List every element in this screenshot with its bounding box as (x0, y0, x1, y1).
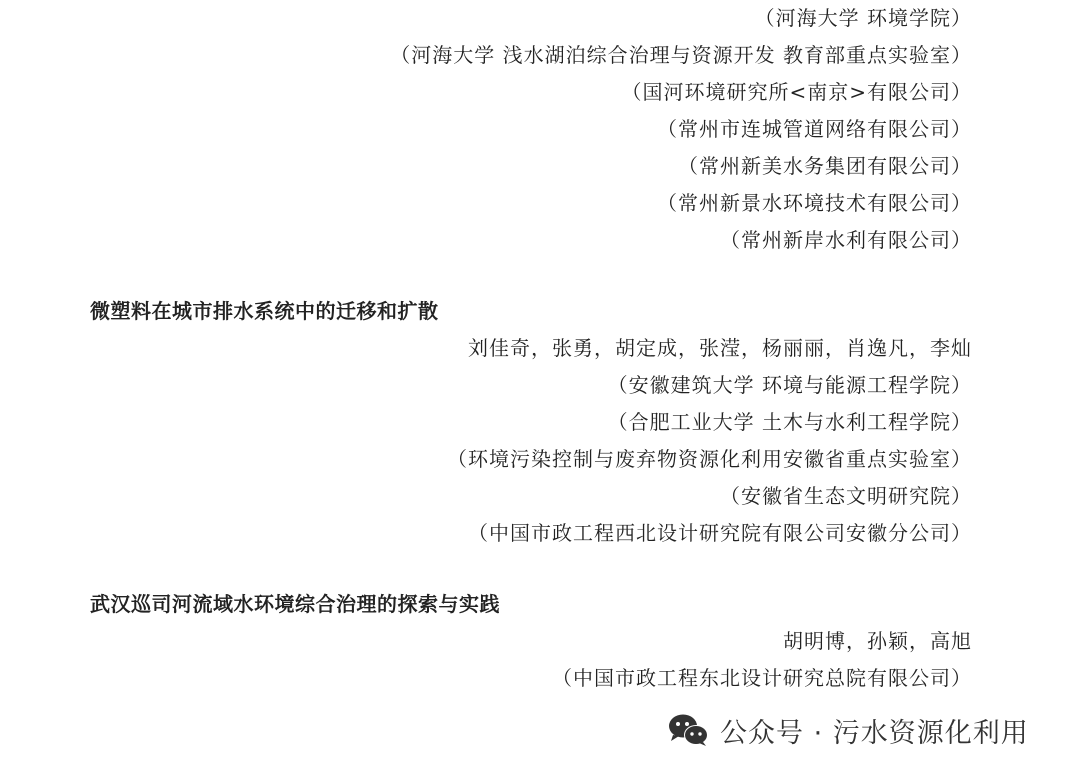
affiliation: （河海大学 环境学院） (755, 6, 972, 30)
paper-title: 微塑料在城市排水系统中的迁移和扩散 (90, 299, 439, 323)
affiliation: （安徽省生态文明研究院） (720, 484, 972, 508)
affiliation: （常州新美水务集团有限公司） (678, 154, 972, 178)
affiliation: （常州新岸水利有限公司） (720, 228, 972, 252)
affiliation: （中国市政工程西北设计研究院有限公司安徽分公司） (468, 521, 972, 545)
affiliation: （中国市政工程东北设计研究总院有限公司） (552, 666, 972, 690)
paper-title: 武汉巡司河流域水环境综合治理的探索与实践 (90, 592, 500, 616)
authors: 胡明博，孙颖，高旭 (783, 629, 972, 653)
watermark-text: 公众号 · 污水资源化利用 (720, 711, 1029, 750)
affiliation: （环境污染控制与废弃物资源化利用安徽省重点实验室） (447, 447, 972, 471)
affiliation: （河海大学 浅水湖泊综合治理与资源开发 教育部重点实验室） (390, 43, 972, 67)
affiliation: （常州新景水环境技术有限公司） (657, 191, 972, 215)
affiliation: （合肥工业大学 土木与水利工程学院） (608, 410, 972, 434)
authors: 刘佳奇，张勇，胡定成，张滢，杨丽丽，肖逸凡，李灿 (468, 336, 972, 360)
affiliation: （常州市连城管道网络有限公司） (657, 117, 972, 141)
affiliation: （安徽建筑大学 环境与能源工程学院） (608, 373, 972, 397)
affiliation: （国河环境研究所<南京>有限公司） (621, 80, 972, 104)
wechat-icon (668, 713, 710, 747)
watermark: 公众号 · 污水资源化利用 (668, 708, 1029, 752)
